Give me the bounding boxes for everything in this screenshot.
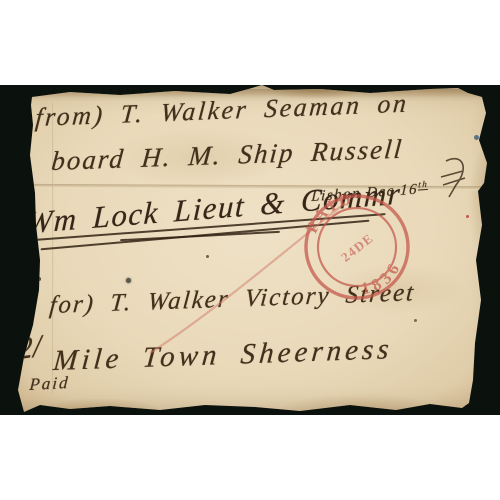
foxing-speck [414,319,417,322]
handwriting-text: Paid [29,373,70,395]
handwriting-addressee-line: for) T. Walker Victory Street [49,279,416,320]
handwriting-ship-line: board H. M. Ship Russell [51,134,404,177]
foxing-speck [206,255,209,258]
handwriting-text: board H. M. Ship Russell [50,134,405,177]
foxing-speck [126,278,131,283]
ordinal-superscript: th [418,179,429,191]
handwriting-town-line: Mile Town Sheerness [53,333,393,378]
handwriting-rate-mark: 2/ [15,328,44,367]
cover-photo: from) T. Walker Seaman on board H. M. Sh… [0,85,500,415]
red-ink-fleck [466,215,469,218]
envelope-paper: from) T. Walker Seaman on board H. M. Sh… [0,85,500,415]
handwriting-text: for) T. Walker Victory Street [48,279,416,320]
blue-ink-dot [474,135,479,140]
foxing-speck [37,277,41,281]
pen-flourish [441,159,465,197]
handwriting-paid-note: Paid [29,373,70,395]
page-background: from) T. Walker Seaman on board H. M. Sh… [0,0,500,500]
datestamp-date-slug: 24DE [338,230,376,265]
handwriting-text: 2/ [17,328,42,368]
handwriting-text: Mile Town Sheerness [52,333,394,378]
